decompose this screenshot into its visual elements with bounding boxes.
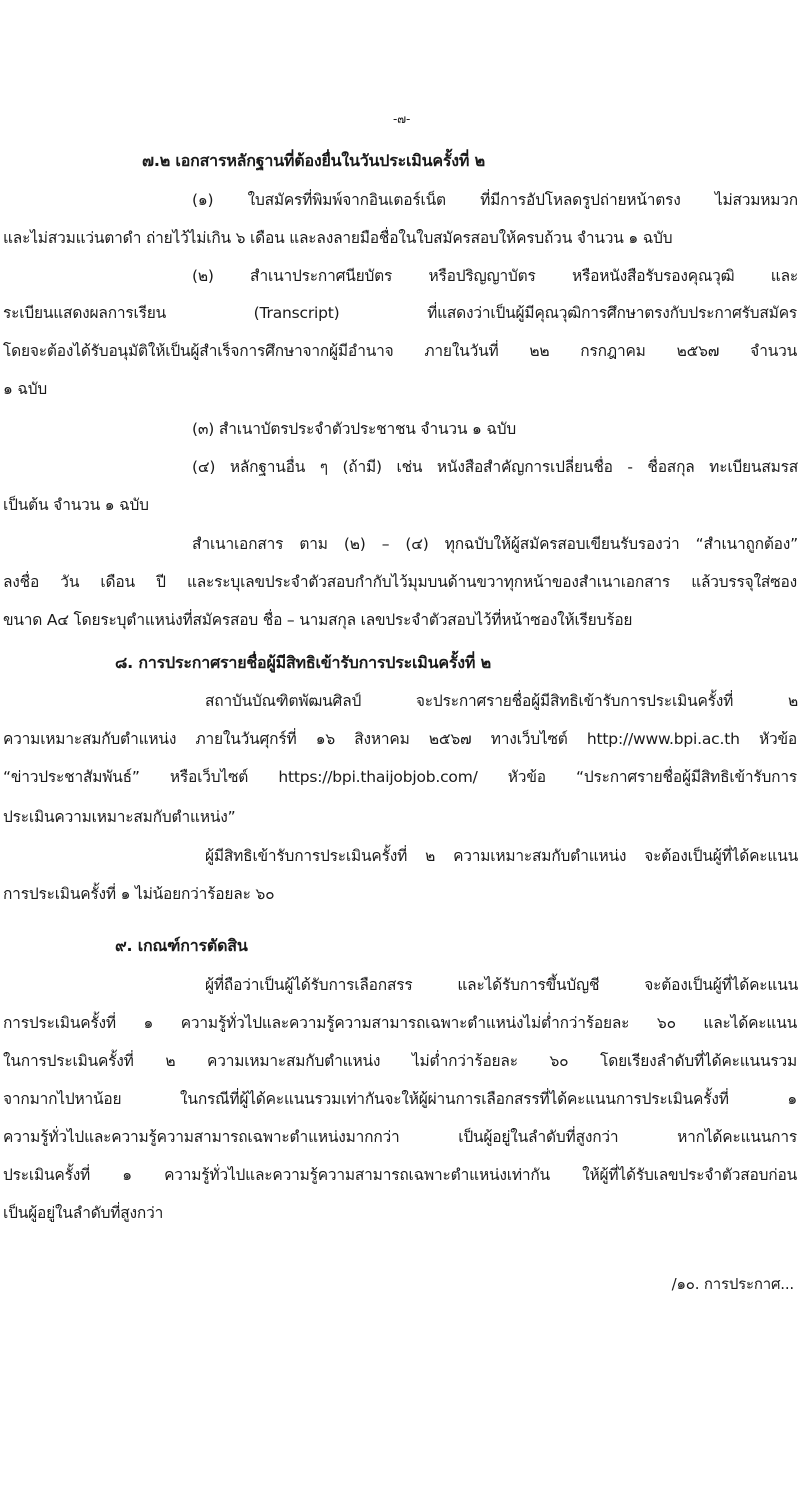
section-8-para-2-line-1: ผู้มีสิทธิเข้ารับการประเมินครั้งที่ ๒ คว…: [205, 845, 798, 867]
continuation-reference: /๑๐. การประกาศ...: [672, 1273, 794, 1295]
section-9-line-4: จากมากไปหาน้อย ในกรณีที่ผู้ได้คะแนนรวมเท…: [3, 1088, 797, 1110]
item-2-line-1: (๒) สำเนาประกาศนียบัตร หรือปริญญาบัตร หร…: [192, 265, 798, 287]
item-1-line-1: (๑) ใบสมัครที่พิมพ์จากอินเตอร์เน็ต ที่มี…: [192, 189, 798, 211]
item-2-line-3: โดยจะต้องได้รับอนุมัติให้เป็นผู้สำเร็จกา…: [3, 340, 797, 362]
section-8-para-1-line-1: สถาบันบัณฑิตพัฒนศิลป์ จะประกาศรายชื่อผู้…: [205, 690, 798, 712]
item-4-line-2: เป็นต้น จำนวน ๑ ฉบับ: [3, 494, 149, 516]
item-2-line-2: ระเบียนแสดงผลการเรียน (Transcript) ที่แส…: [3, 302, 797, 324]
section-8-para-1-line-3: “ข่าวประชาสัมพันธ์” หรือเว็บไซต์ https:/…: [3, 766, 797, 788]
page-number: -๗-: [393, 108, 410, 130]
item-3-line-1: (๓) สำเนาบัตรประจำตัวประชาชน จำนวน ๑ ฉบั…: [192, 418, 516, 440]
note-line-1: สำเนาเอกสาร ตาม (๒) – (๔) ทุกฉบับให้ผู้ส…: [192, 533, 798, 555]
section-8-heading: ๘. การประกาศรายชื่อผู้มีสิทธิเข้ารับการป…: [115, 652, 491, 674]
section-9-line-7: เป็นผู้อยู่ในลำดับที่สูงกว่า: [3, 1202, 163, 1224]
section-8-para-2-line-2: การประเมินครั้งที่ ๑ ไม่น้อยกว่าร้อยละ ๖…: [3, 883, 274, 905]
section-7-2-heading: ๗.๒ เอกสารหลักฐานที่ต้องยื่นในวันประเมิน…: [142, 150, 485, 172]
section-8-para-1-line-4: ประเมินความเหมาะสมกับตำแหน่ง”: [3, 806, 235, 828]
document-page: -๗- ๗.๒ เอกสารหลักฐานที่ต้องยื่นในวันประ…: [0, 0, 800, 1495]
item-1-line-2: และไม่สวมแว่นตาดำ ถ่ายไว้ไม่เกิน ๖ เดือน…: [3, 227, 672, 249]
section-9-line-3: ในการประเมินครั้งที่ ๒ ความเหมาะสมกับตำแ…: [3, 1050, 797, 1072]
section-9-heading: ๙. เกณฑ์การตัดสิน: [115, 935, 248, 957]
note-line-2: ลงชื่อ วัน เดือน ปี และระบุเลขประจำตัวสอ…: [3, 571, 797, 593]
section-9-line-6: ประเมินครั้งที่ ๑ ความรู้ทั่วไปและความรู…: [3, 1164, 797, 1186]
section-9-line-5: ความรู้ทั่วไปและความรู้ความสามารถเฉพาะตำ…: [3, 1126, 797, 1148]
note-line-3: ขนาด A๔ โดยระบุตำแหน่งที่สมัครสอบ ชื่อ –…: [3, 609, 632, 631]
section-9-line-1: ผู้ที่ถือว่าเป็นผู้ได้รับการเลือกสรร และ…: [205, 974, 798, 996]
item-2-line-4: ๑ ฉบับ: [3, 378, 47, 400]
section-9-line-2: การประเมินครั้งที่ ๑ ความรู้ทั่วไปและควา…: [3, 1012, 797, 1034]
section-8-para-1-line-2: ความเหมาะสมกับตำแหน่ง ภายในวันศุกร์ที่ ๑…: [3, 728, 797, 750]
item-4-line-1: (๔) หลักฐานอื่น ๆ (ถ้ามี) เช่น หนังสือสำ…: [192, 456, 798, 478]
